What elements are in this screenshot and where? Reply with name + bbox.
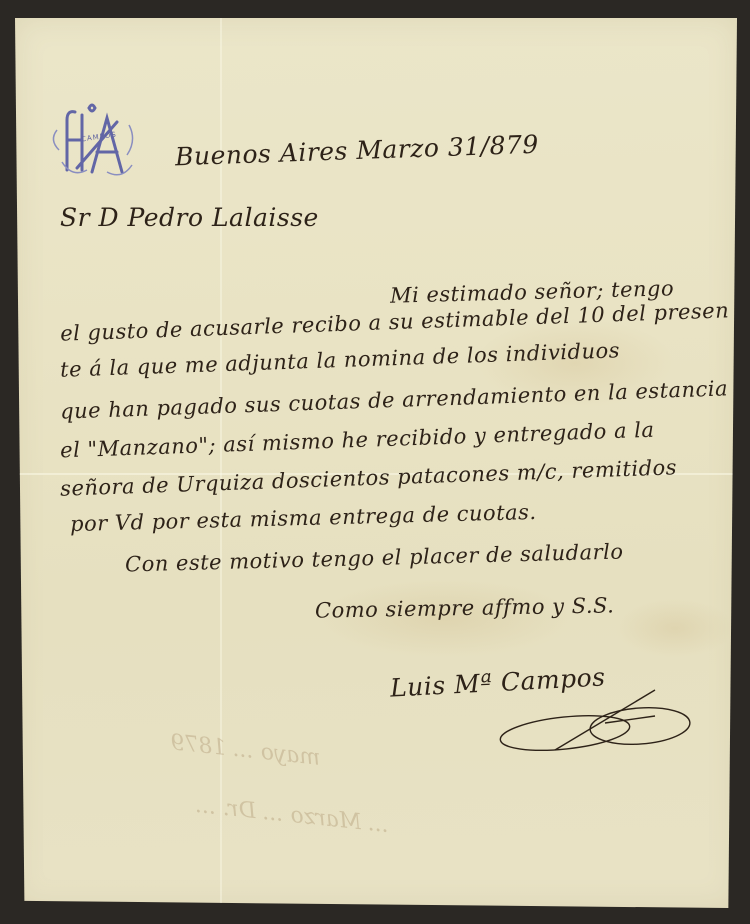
closing-line: Con este motivo tengo el placer de salud… xyxy=(125,539,624,576)
monogram-letterhead: CAMPOS xyxy=(37,100,142,180)
salutation: Sr D Pedro Lalaisse xyxy=(60,203,319,232)
paper-stain xyxy=(615,598,735,658)
letter-paper: CAMPOS Buenos Aires Marzo 31/879 Sr D Pe… xyxy=(15,18,737,908)
body-line: que han pagado sus cuotas de arrendamien… xyxy=(60,376,729,423)
bleed-through-text: ... Marzo ... Dr. ... xyxy=(194,793,390,838)
place-date: Buenos Aires Marzo 31/879 xyxy=(175,130,540,172)
body-line: señora de Urquiza doscientos patacones m… xyxy=(60,455,678,501)
body-line: por Vd por esta misma entrega de cuotas. xyxy=(70,500,537,536)
body-line: el "Manzano"; así mismo he recibido y en… xyxy=(60,418,655,463)
bleed-through-text: mayo ... 1879 xyxy=(169,730,321,771)
signature-flourish-icon xyxy=(495,688,695,758)
